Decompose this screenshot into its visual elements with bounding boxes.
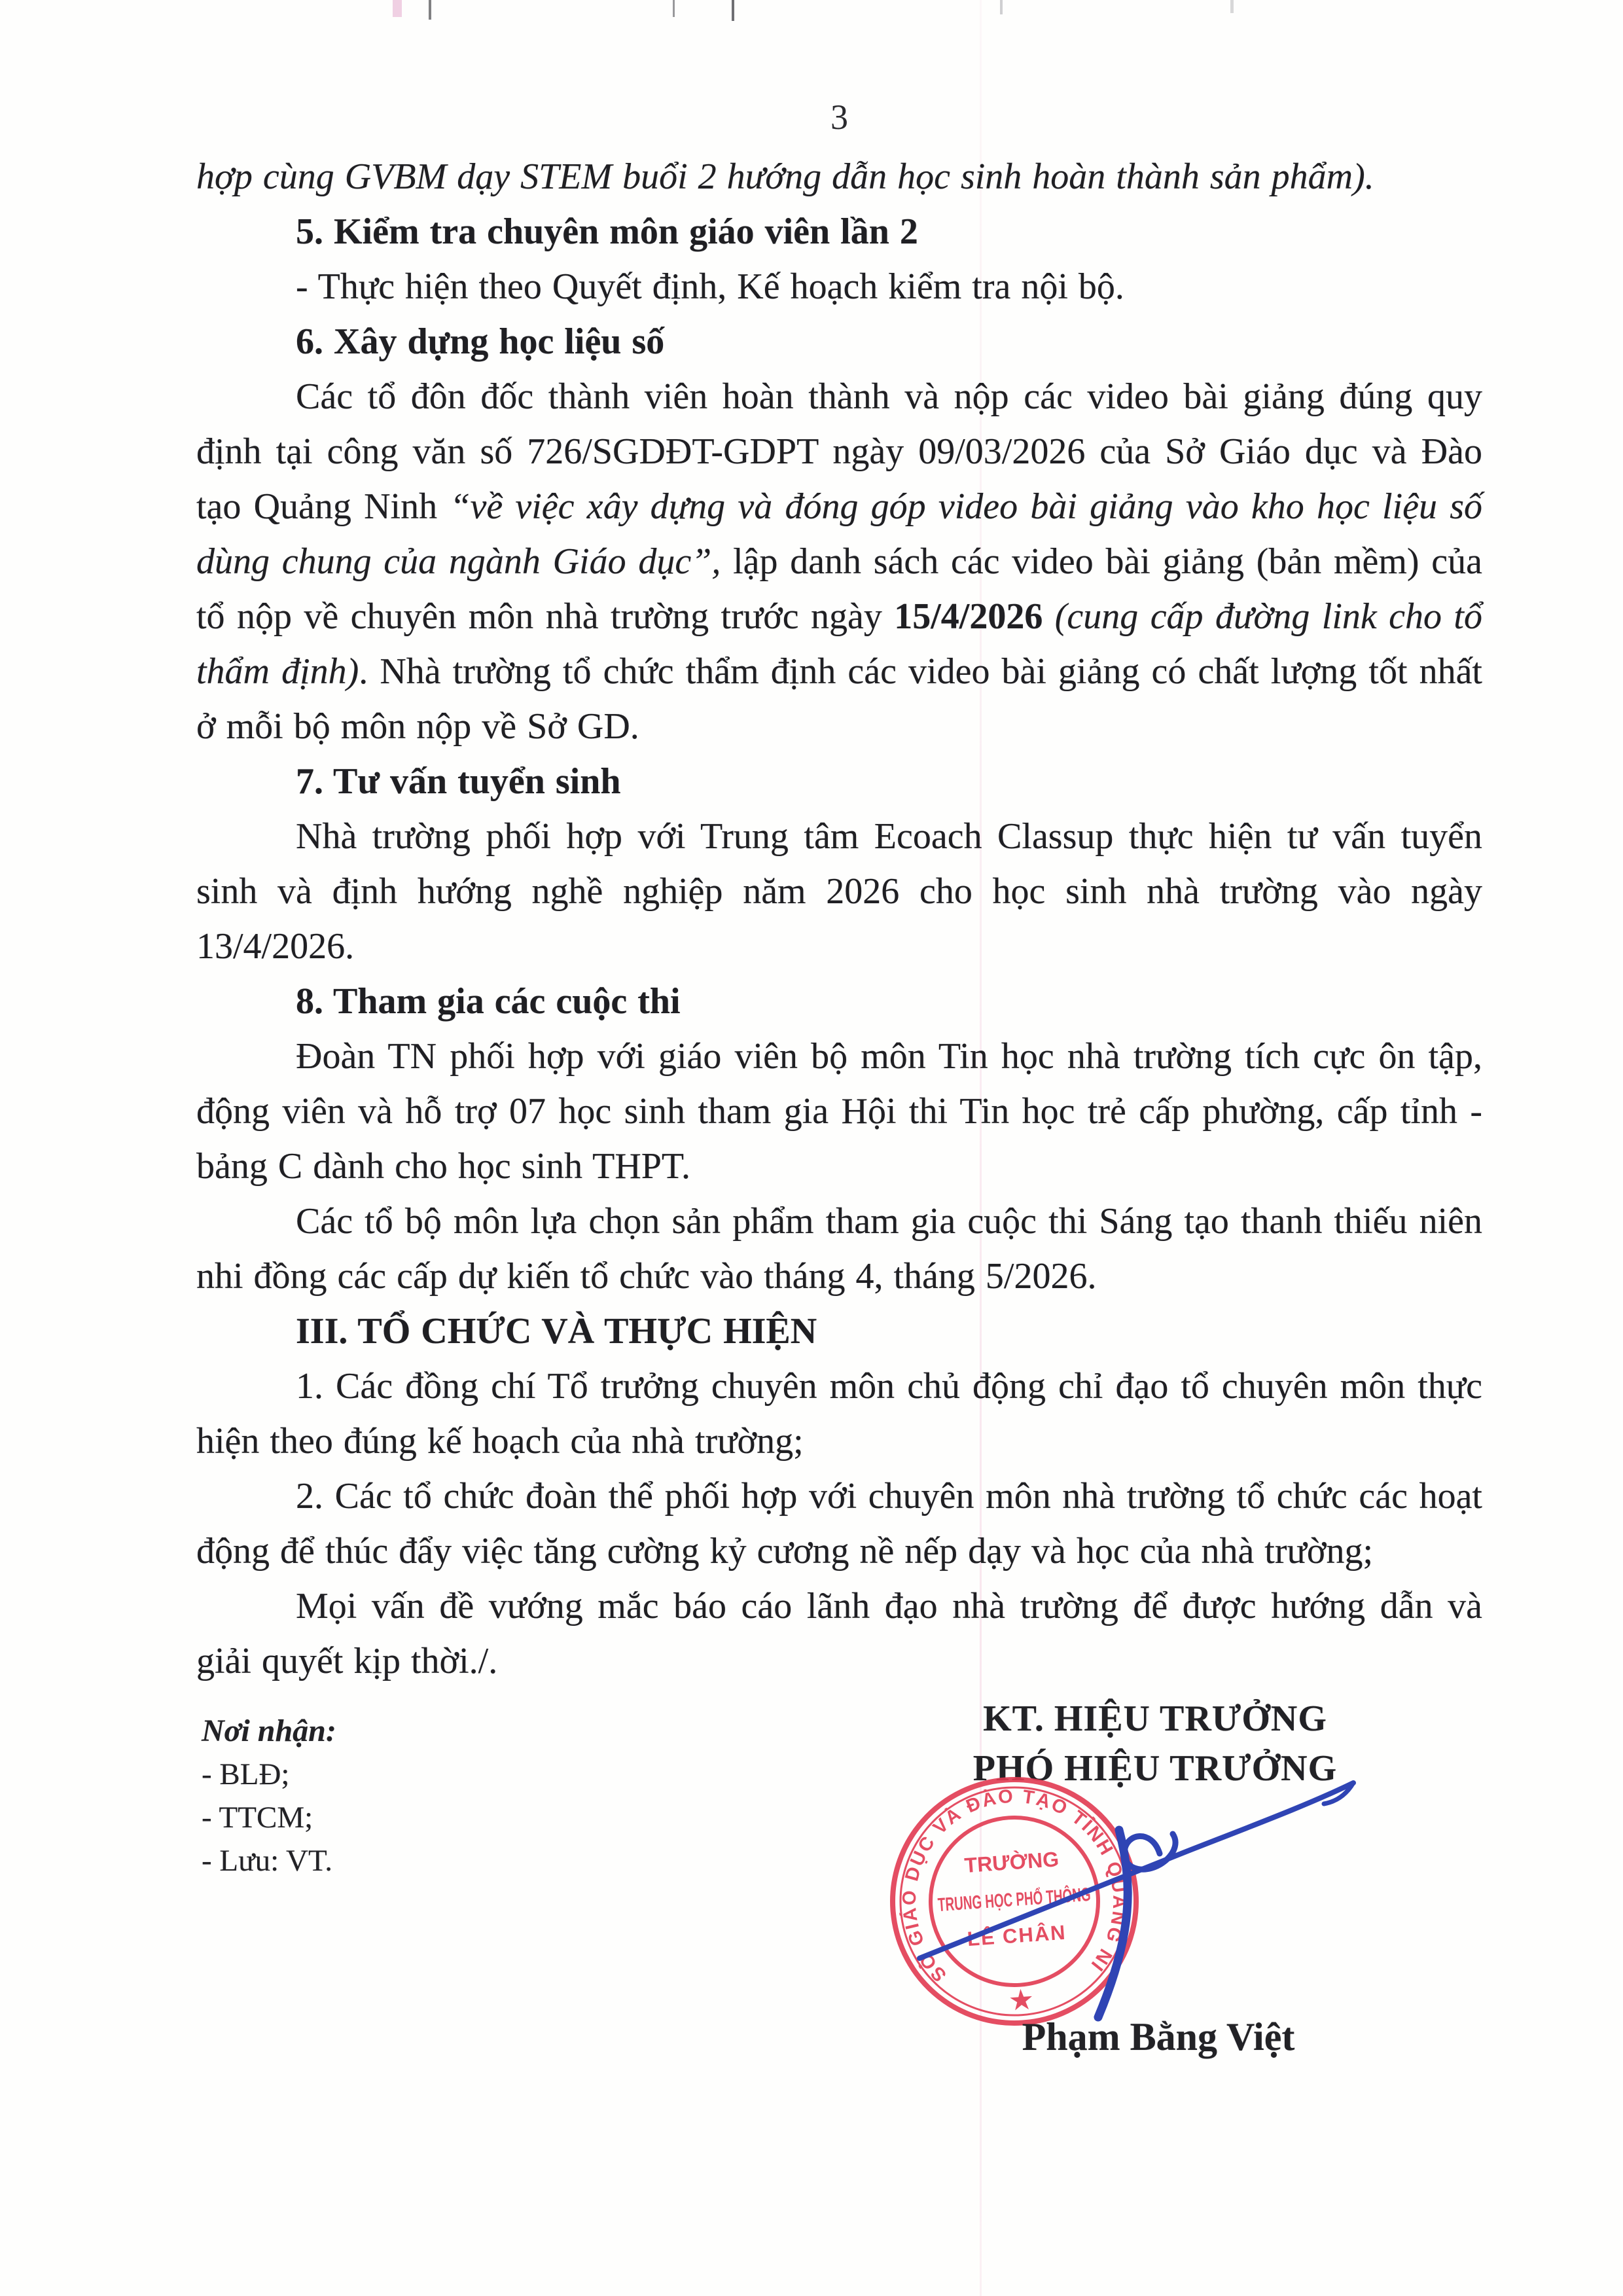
text-segment: Các tổ bộ môn lựa chọn sản phẩm tham gia… <box>196 1201 1482 1297</box>
scan-artifact <box>393 0 402 17</box>
text-segment: - Thực hiện theo Quyết định, Kế hoạch ki… <box>296 266 1124 307</box>
scan-artifact <box>1000 0 1003 14</box>
text-segment: Đoàn TN phối hợp với giáo viên bộ môn Ti… <box>196 1036 1482 1187</box>
stamp-graphic: SỞ GIÁO DỤC VÀ ĐÀO TẠO TỈNH QUẢNG NINH T… <box>878 1765 1150 2037</box>
scan-artifact <box>429 0 431 20</box>
text-segment: Nhà trường phối hợp với Trung tâm Ecoach… <box>196 816 1482 967</box>
document-body: hợp cùng GVBM dạy STEM buổi 2 hướng dẫn … <box>196 149 1482 1689</box>
paragraph-body: Các tổ đôn đốc thành viên hoàn thành và … <box>196 369 1482 754</box>
stamp-school-name: LÊ CHÂN <box>967 1920 1067 1951</box>
text-segment: 5. Kiểm tra chuyên môn giáo viên lần 2 <box>296 211 918 252</box>
paragraph-line: - Thực hiện theo Quyết định, Kế hoạch ki… <box>196 259 1482 314</box>
text-segment: 1. Các đồng chí Tổ trưởng chuyên môn chủ… <box>196 1366 1482 1462</box>
text-segment: 8. Tham gia các cuộc thi <box>296 981 681 1022</box>
paragraph-head: 5. Kiểm tra chuyên môn giáo viên lần 2 <box>196 204 1482 259</box>
text-segment: hợp cùng GVBM dạy STEM buổi 2 hướng dẫn … <box>196 156 1374 197</box>
paragraph-head: III. TỔ CHỨC VÀ THỰC HIỆN <box>196 1304 1482 1359</box>
recipients-label: Nơi nhận: <box>202 1710 336 1753</box>
text-segment: . Nhà trường tổ chức thẩm định các video… <box>196 651 1482 747</box>
stamp-org-type: TRƯỜNG <box>963 1847 1060 1877</box>
scanned-document-page: 3 hợp cùng GVBM dạy STEM buổi 2 hướng dẫ… <box>0 0 1623 2296</box>
official-stamp: SỞ GIÁO DỤC VÀ ĐÀO TẠO TỈNH QUẢNG NINH T… <box>878 1765 1150 2037</box>
recipients-block: Nơi nhận: - BLĐ; - TTCM; - Lưu: VT. <box>202 1710 336 1882</box>
paragraph-body: Mọi vấn đề vướng mắc báo cáo lãnh đạo nh… <box>196 1579 1482 1689</box>
paragraph-head: 8. Tham gia các cuộc thi <box>196 974 1482 1029</box>
paragraph-body: Đoàn TN phối hợp với giáo viên bộ môn Ti… <box>196 1029 1482 1194</box>
text-segment: 15/4/2026 <box>894 596 1043 637</box>
signer-title-kt: KT. HIỆU TRƯỞNG <box>913 1694 1397 1744</box>
text-segment: 7. Tư vấn tuyển sinh <box>296 761 621 802</box>
scan-artifact <box>673 0 675 17</box>
text-segment: Mọi vấn đề vướng mắc báo cáo lãnh đạo nh… <box>196 1586 1482 1681</box>
paragraph-body: 1. Các đồng chí Tổ trưởng chuyên môn chủ… <box>196 1359 1482 1469</box>
page-number: 3 <box>196 97 1482 137</box>
signer-name: Phạm Bằng Việt <box>913 2015 1404 2060</box>
paragraph-cont: hợp cùng GVBM dạy STEM buổi 2 hướng dẫn … <box>196 149 1482 204</box>
stamp-ring-text: SỞ GIÁO DỤC VÀ ĐÀO TẠO TỈNH QUẢNG NINH <box>878 1765 1137 1991</box>
paragraph-body: Các tổ bộ môn lựa chọn sản phẩm tham gia… <box>196 1194 1482 1304</box>
text-segment: 6. Xây dựng học liệu số <box>296 321 664 362</box>
recipient-item: - TTCM; <box>202 1796 336 1839</box>
text-segment: III. TỔ CHỨC VÀ THỰC HIỆN <box>296 1311 817 1352</box>
stamp-star-icon: ★ <box>1007 1983 1035 2017</box>
paragraph-head: 6. Xây dựng học liệu số <box>196 314 1482 369</box>
paragraph-body: Nhà trường phối hợp với Trung tâm Ecoach… <box>196 809 1482 974</box>
recipient-item: - Lưu: VT. <box>202 1839 336 1882</box>
recipient-item: - BLĐ; <box>202 1753 336 1796</box>
scan-artifact <box>1230 0 1234 13</box>
paragraph-head: 7. Tư vấn tuyển sinh <box>196 754 1482 809</box>
paragraph-body: 2. Các tổ chức đoàn thể phối hợp với chu… <box>196 1469 1482 1579</box>
stamp-school-level: TRUNG HỌC PHỔ THÔNG <box>937 1883 1092 1916</box>
scan-artifact <box>732 0 734 21</box>
text-segment: 2. Các tổ chức đoàn thể phối hợp với chu… <box>196 1476 1482 1571</box>
